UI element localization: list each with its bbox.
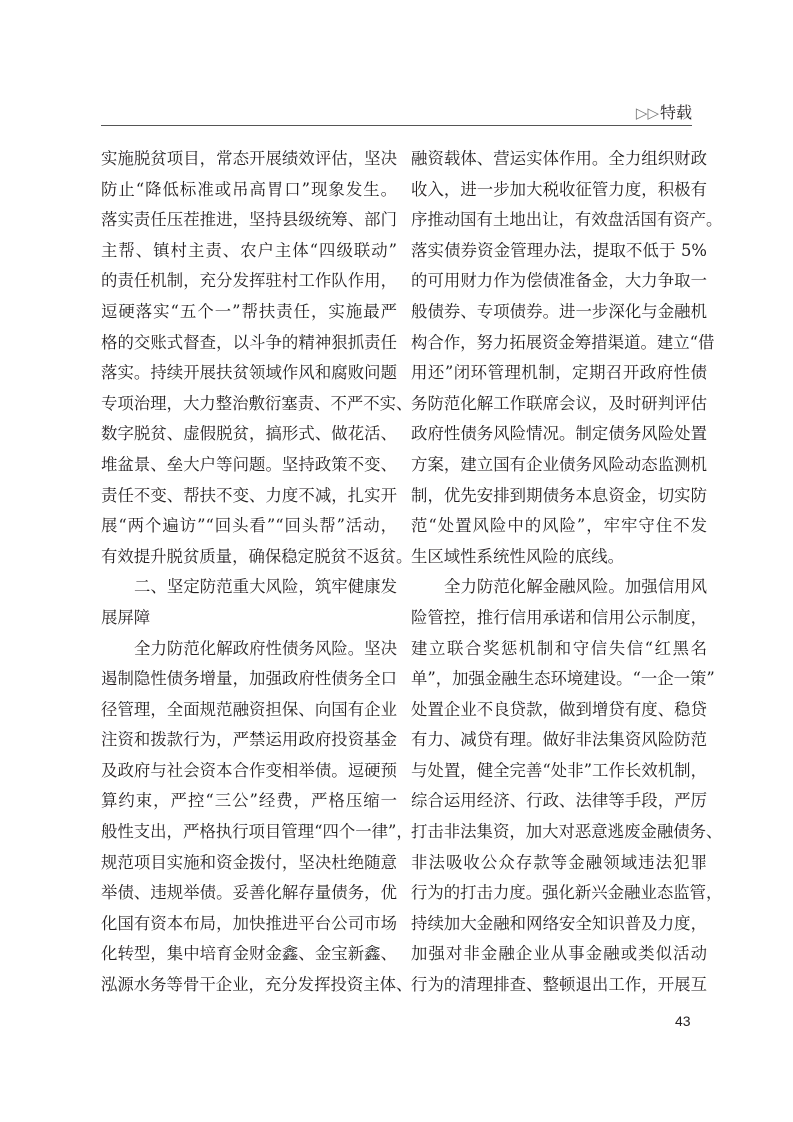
text-line: 化国有资本布局，加快推进平台公司市场 — [101, 909, 397, 940]
text-line: 构合作，努力拓展资金筹措渠道。建立“借 — [411, 328, 707, 359]
text-line: 用还”闭环管理机制，定期召开政府性债 — [411, 358, 707, 389]
text-line: 注资和拨款行为，严禁运用政府投资基金 — [101, 725, 397, 756]
text-line: 全力防范化解政府性债务风险。坚决 — [101, 634, 397, 665]
text-line: 处置企业不良贷款，做到增贷有度、稳贷 — [411, 695, 707, 726]
text-line: 专项治理，大力整治敷衍塞责、不严不实、 — [101, 389, 397, 420]
text-line: 有力、减贷有理。做好非法集资风险防范 — [411, 725, 707, 756]
text-line: 单”，加强金融生态环境建设。“一企一策” — [411, 664, 707, 695]
header-divider — [101, 125, 692, 126]
text-line: 化转型，集中培育金财金鑫、金宝新鑫、 — [101, 939, 397, 970]
right-text-column: 融资载体、营运实体作用。全力组织财政收入，进一步加大税收征管力度，积极有序推动国… — [411, 144, 707, 1001]
text-line: 防止“降低标准或吊高胃口”现象发生。 — [101, 175, 397, 206]
text-line: 般债券、专项债券。进一步深化与金融机 — [411, 297, 707, 328]
left-text-column: 实施脱贫项目，常态开展绩效评估，坚决防止“降低标准或吊高胃口”现象发生。落实责任… — [101, 144, 397, 1001]
text-line: 全力防范化解金融风险。加强信用风 — [411, 572, 707, 603]
text-line: 展屏障 — [101, 603, 397, 634]
text-line: 落实债券资金管理办法，提取不低于 5% — [411, 236, 707, 267]
text-line: 的可用财力作为偿债准备金，大力争取一 — [411, 266, 707, 297]
text-line: 融资载体、营运实体作用。全力组织财政 — [411, 144, 707, 175]
text-line: 的责任机制，充分发挥驻村工作队作用， — [101, 266, 397, 297]
text-line: 遏制隐性债务增量，加强政府性债务全口 — [101, 664, 397, 695]
text-line: 务防范化解工作联席会议，及时研判评估 — [411, 389, 707, 420]
text-line: 规范项目实施和资金拨付，坚决杜绝随意 — [101, 848, 397, 879]
text-line: 举债、违规举债。妥善化解存量债务，优 — [101, 878, 397, 909]
text-line: 堆盆景、垒大户等问题。坚持政策不变、 — [101, 450, 397, 481]
text-line: 般性支出，严格执行项目管理“四个一律”， — [101, 817, 397, 848]
text-line: 格的交账式督查，以斗争的精神狠抓责任 — [101, 328, 397, 359]
text-line: 序推动国有土地出让，有效盘活国有资产。 — [411, 205, 707, 236]
text-line: 收入，进一步加大税收征管力度，积极有 — [411, 175, 707, 206]
text-line: 数字脱贫、虚假脱贫，搞形式、做花活、 — [101, 419, 397, 450]
text-line: 主帮、镇村主责、农户主体“四级联动” — [101, 236, 397, 267]
text-line: 有效提升脱贫质量，确保稳定脱贫不返贫。 — [101, 542, 397, 573]
text-line: 实施脱贫项目，常态开展绩效评估，坚决 — [101, 144, 397, 175]
section-label: 特载 — [660, 103, 692, 122]
text-line: 非法吸收公众存款等金融领域违法犯罪 — [411, 848, 707, 879]
text-line: 落实责任压茬推进，坚持县级统筹、部门 — [101, 205, 397, 236]
text-line: 方案，建立国有企业债务风险动态监测机 — [411, 450, 707, 481]
section-header: ▷▷特载 — [636, 100, 692, 123]
text-line: 展“两个遍访”“回头看”“回头帮”活动， — [101, 511, 397, 542]
text-line: 建立联合奖惩机制和守信失信“红黑名 — [411, 634, 707, 665]
double-triangle-icon: ▷▷ — [636, 104, 659, 122]
text-line: 责任不变、帮扶不变、力度不减，扎实开 — [101, 481, 397, 512]
text-line: 逗硬落实“五个一”帮扶责任，实施最严 — [101, 297, 397, 328]
text-line: 二、坚定防范重大风险，筑牢健康发 — [101, 572, 397, 603]
text-line: 打击非法集资，加大对恶意逃废金融债务、 — [411, 817, 707, 848]
text-line: 行为的打击力度。强化新兴金融业态监管， — [411, 878, 707, 909]
text-line: 综合运用经济、行政、法律等手段，严厉 — [411, 786, 707, 817]
text-line: 加强对非金融企业从事金融或类似活动 — [411, 939, 707, 970]
text-line: 险管控，推行信用承诺和信用公示制度， — [411, 603, 707, 634]
text-line: 及政府与社会资本合作变相举债。逗硬预 — [101, 756, 397, 787]
text-line: 持续加大金融和网络安全知识普及力度， — [411, 909, 707, 940]
text-line: 行为的清理排查、整顿退出工作，开展互 — [411, 970, 707, 1001]
text-line: 政府性债务风险情况。制定债务风险处置 — [411, 419, 707, 450]
text-line: 算约束，严控“三公”经费，严格压缩一 — [101, 786, 397, 817]
text-line: 径管理，全面规范融资担保、向国有企业 — [101, 695, 397, 726]
text-line: 落实。持续开展扶贫领域作风和腐败问题 — [101, 358, 397, 389]
text-line: 制，优先安排到期债务本息资金，切实防 — [411, 481, 707, 512]
text-line: 泓源水务等骨干企业，充分发挥投资主体、 — [101, 970, 397, 1001]
text-line: 生区域性系统性风险的底线。 — [411, 542, 707, 573]
text-line: 范“处置风险中的风险”，牢牢守住不发 — [411, 511, 707, 542]
page-number: 43 — [675, 1013, 691, 1029]
text-line: 与处置，健全完善“处非”工作长效机制， — [411, 756, 707, 787]
